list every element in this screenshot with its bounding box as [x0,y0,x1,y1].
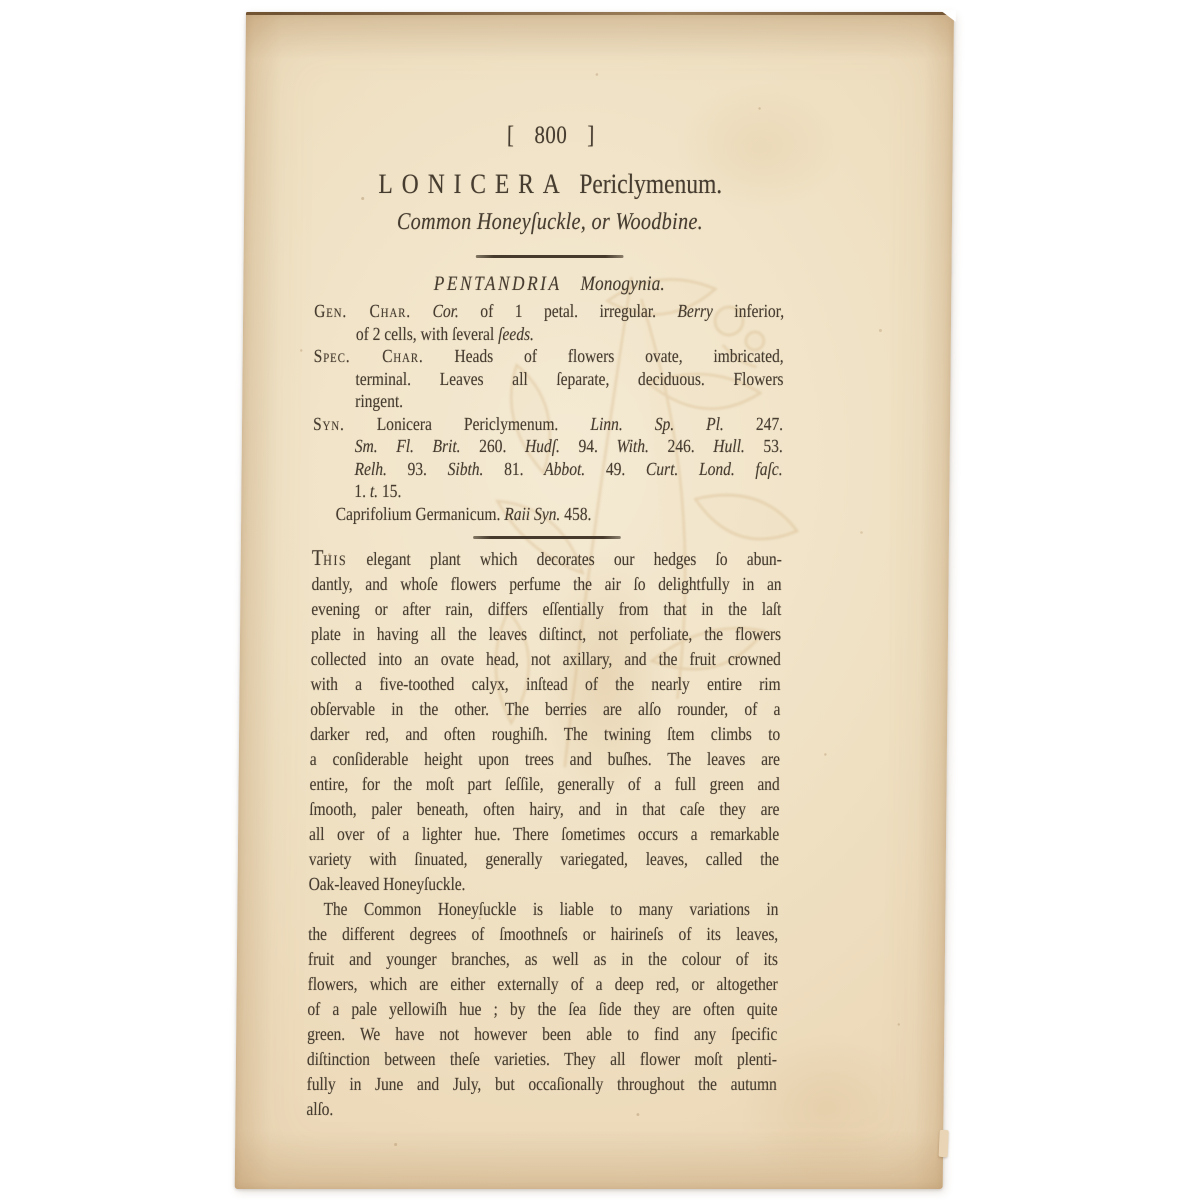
text-segment: 246. [649,437,714,457]
text-segment: HIS [323,553,347,569]
text-segment: 53. [745,437,783,457]
text-segment: of a pale yellowiſh hue ; by the ſea ſid… [307,1000,777,1020]
text-segment: Curt. Lond. faſc. [646,460,783,480]
text-segment: Berry [677,302,713,322]
plant-title: LONICERAPericlymenum. [315,169,785,201]
text-segment: 247. [724,415,783,435]
text-segment: Spec. Char. [314,347,424,367]
text-segment: 260. [460,437,525,457]
text-line: the different degrees of ſmoothneſs or h… [308,923,778,948]
text-line: terminal. Leaves all ſeparate, deciduous… [313,369,783,392]
text-line: Oak-leaved Honeyſuckle. [308,873,778,898]
text-segment: fruit and younger branches, as well as i… [308,950,778,970]
text-line: ringent. [313,391,783,414]
text-segment: ringent. [355,392,403,412]
text-line: green. We have not however been able to … [307,1023,777,1048]
text-segment: Relh. [354,460,387,480]
text-line: obſervable in the other. The berries are… [310,698,780,723]
text-line: diſtinction between theſe varieties. The… [307,1048,777,1073]
text-segment: dantly, and whoſe flowers perfume the ai… [311,575,781,595]
text-segment: Syn. [313,415,345,435]
text-segment: Hull. [713,437,745,457]
classification-suffix: Monogynia. [580,273,665,295]
front-matter: Gen. Char. Cor. of 1 petal. irregular. B… [312,301,784,526]
text-segment: 94. [560,437,617,457]
text-line: Spec. Char. Heads of flowers ovate, imbr… [314,346,784,369]
text-segment: green. We have not however been able to … [307,1025,777,1045]
text-segment: Cor. [432,302,459,322]
text-segment: Lonicera Periclymenum. [345,415,591,435]
text-segment: Linn. Sp. Pl. [590,415,724,435]
text-line: alſo. [306,1098,776,1123]
paper-notch [939,1130,949,1157]
text-segment: With. [616,437,649,457]
body-text: THIS elegant plant which decorates our h… [306,547,782,1123]
text-segment: diſtinction between theſe varieties. The… [307,1050,777,1070]
text-line: of a pale yellowiſh hue ; by the ſea ſid… [307,998,777,1023]
text-line: Syn. Lonicera Periclymenum. Linn. Sp. Pl… [313,414,783,437]
text-segment: 93. [387,460,448,480]
scan-background: [800] LONICERAPericlymenum. Common Honey… [0,0,1200,1200]
text-segment: inferior, [713,302,784,322]
text-segment: Sm. Fl. Brit. [355,437,461,457]
page-number-bracket-right: ] [587,122,595,150]
text-segment: with a five-toothed calyx, inſtead of th… [310,675,780,695]
text-line: of 2 cells, with ſeveral ſeeds. [314,324,784,347]
text-line: a conſiderable height upon trees and buſ… [310,748,780,773]
text-segment: T [312,545,324,570]
text-segment: 1. [354,482,370,502]
text-segment: evening or after rain, differs eſſential… [311,600,781,620]
common-name-subtitle: Common Honeyſuckle, or Woodbine. [315,209,785,236]
text-segment: Raii Syn. [504,505,560,525]
classification-order: PENTANDRIA [434,273,562,295]
text-segment: darker red, and often roughiſh. The twin… [310,725,780,745]
text-block: [800] LONICERAPericlymenum. Common Honey… [306,12,787,1189]
text-segment: Oak-leaved Honeyſuckle. [309,875,466,895]
text-segment: Hudſ. [525,437,560,457]
text-segment: alſo. [306,1100,333,1120]
text-segment: 81. [483,460,544,480]
text-line: THIS elegant plant which decorates our h… [312,547,782,573]
text-line: with a five-toothed calyx, inſtead of th… [310,673,780,698]
page-number: 800 [534,122,567,150]
text-segment: The Common Honeyſuckle is liable to many… [323,900,778,920]
divider-rule-bottom [473,536,621,539]
text-segment: 15. [378,482,401,502]
text-line: variety with ſinuated, generally variega… [309,848,779,873]
text-segment: flowers, which are either externally of … [308,975,778,995]
text-segment: Heads of flowers ovate, imbricated, [424,347,784,367]
text-segment: ſeeds. [498,325,534,345]
text-line: plate in having all the leaves diſtinct,… [311,623,781,648]
classification-line: PENTANDRIAMonogynia. [314,273,784,296]
text-line: dantly, and whoſe flowers perfume the ai… [311,573,781,598]
page-number-line: [800] [316,122,786,150]
text-segment: 49. [585,460,646,480]
text-segment: of 2 cells, with ſeveral [356,325,498,345]
text-segment: Sibth. [448,460,484,480]
text-segment: Caprifolium Germanicum. [336,505,505,525]
text-line: fully in June and July, but occaſionally… [307,1073,777,1098]
text-segment: elegant plant which decorates our hedges… [347,550,782,570]
text-line: flowers, which are either externally of … [308,973,778,998]
paper-specks [246,12,247,13]
scanned-page: [800] LONICERAPericlymenum. Common Honey… [235,12,954,1189]
text-line: ſmooth, paler beneath, often hairy, and … [309,798,779,823]
species-name: Periclymenum. [579,169,722,200]
text-segment: 458. [560,505,591,525]
text-segment: collected into an ovate head, not axilla… [311,650,781,670]
text-segment: plate in having all the leaves diſtinct,… [311,625,781,645]
text-segment: terminal. Leaves all ſeparate, deciduous… [355,370,783,390]
text-segment: variety with ſinuated, generally variega… [309,850,779,870]
genus-name: LONICERA [378,169,569,200]
text-line: entire, for the moſt part ſeſſile, gener… [309,773,779,798]
text-line: evening or after rain, differs eſſential… [311,598,781,623]
text-segment: ſmooth, paler beneath, often hairy, and … [309,800,779,820]
text-segment: fully in June and July, but occaſionally… [307,1075,777,1095]
text-line: Sm. Fl. Brit. 260. Hudſ. 94. With. 246. … [313,436,783,459]
text-segment: obſervable in the other. The berries are… [310,700,780,720]
text-segment: of 1 petal. irregular. [459,302,678,322]
text-segment: entire, for the moſt part ſeſſile, gener… [309,775,779,795]
text-line: all over of a lighter hue. There ſometim… [309,823,779,848]
text-line: fruit and younger branches, as well as i… [308,948,778,973]
page-number-bracket-left: [ [507,122,515,150]
text-segment: Gen. Char. [314,302,411,322]
text-line: darker red, and often roughiſh. The twin… [310,723,780,748]
text-line: Gen. Char. Cor. of 1 petal. irregular. B… [314,301,784,324]
text-line: Caprifolium Germanicum. Raii Syn. 458. [312,504,782,527]
text-line: The Common Honeyſuckle is liable to many… [308,898,778,923]
text-segment: a conſiderable height upon trees and buſ… [310,750,780,770]
text-line: 1. t. 15. [312,481,782,504]
text-segment: all over of a lighter hue. There ſometim… [309,825,779,845]
text-line: Relh. 93. Sibth. 81. Abbot. 49. Curt. Lo… [312,459,782,482]
text-segment: the different degrees of ſmoothneſs or h… [308,925,778,945]
divider-rule-top [476,255,624,258]
text-segment [411,302,433,322]
text-line: collected into an ovate head, not axilla… [311,648,781,673]
text-segment: Abbot. [544,460,585,480]
